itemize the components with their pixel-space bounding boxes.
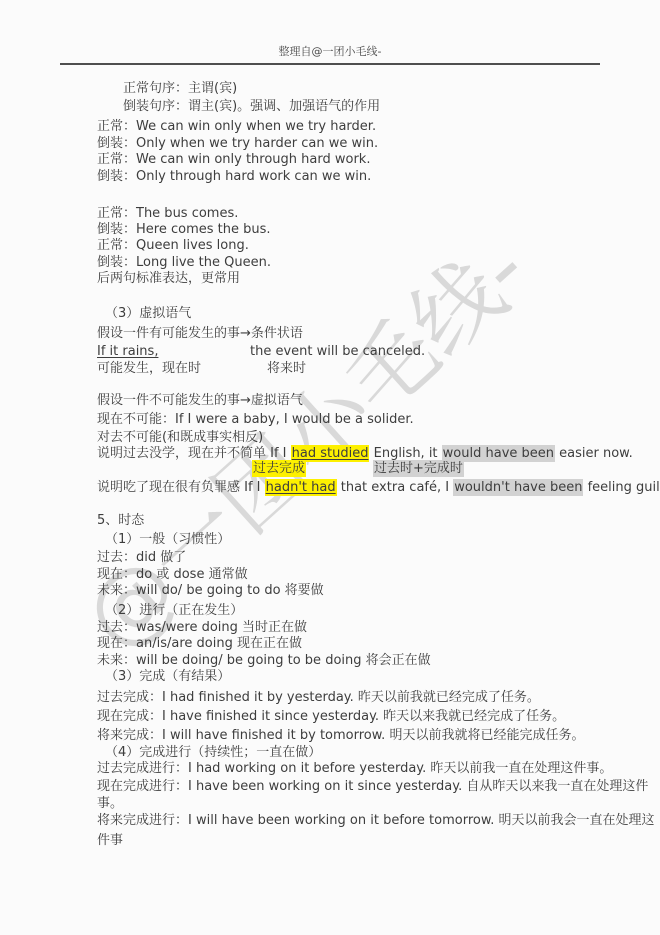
text-line: If it rains,	[97, 343, 158, 360]
text-line: 倒装：Here comes the bus.	[97, 221, 271, 238]
text-run: that extra café, I	[337, 480, 454, 495]
text-line: 将来时	[267, 360, 306, 377]
text-line: 正常：We can win only through hard work.	[97, 151, 370, 168]
text-line: 正常：Queen lives long.	[97, 237, 249, 254]
text-line: 未来：will be doing/ be going to be doing 将…	[97, 652, 431, 669]
text-run: 可能发生，现在时	[97, 361, 201, 376]
underline-run: If it rains,	[97, 344, 158, 359]
text-run: 未来：will do/ be going to do 将要做	[97, 583, 324, 598]
text-run: English, it	[369, 446, 441, 461]
text-run: 正常句序：主谓(宾)	[123, 81, 237, 96]
text-run: 说明过去没学，现在并不简单 If I	[97, 446, 291, 461]
text-line: 将来完成进行：I will have been working on it be…	[97, 812, 655, 829]
text-line: 5、时态	[97, 512, 144, 529]
text-run: （3）虚拟语气	[105, 306, 191, 321]
text-run: 现在：an/is/are doing 现在正在做	[97, 636, 302, 651]
text-line: 说明吃了现在很有负罪感 If I hadn't had that extra c…	[97, 479, 660, 496]
text-run: 后两句标准表达，更常用	[97, 271, 240, 286]
highlight-gray-run: wouldn't have been	[453, 479, 583, 496]
text-line: 现在不可能：If I were a baby, I would be a sol…	[97, 411, 414, 428]
text-line: 过去完成：I had finished it by yesterday. 昨天以…	[97, 689, 540, 706]
text-run: easier now.	[555, 446, 633, 461]
text-line: 未来：will do/ be going to do 将要做	[97, 582, 324, 599]
text-line: 现在：do 或 dose 通常做	[97, 566, 248, 583]
text-line: 过去完成	[252, 460, 306, 477]
text-line: 现在完成：I have finished it since yesterday.…	[97, 708, 565, 725]
text-line: （2）进行（正在发生）	[105, 602, 243, 619]
text-line: 过去：did 做了	[97, 549, 186, 566]
text-run: （1）一般（习惯性）	[105, 532, 230, 547]
text-run: 正常：Queen lives long.	[97, 238, 249, 253]
text-line: 假设一件有可能发生的事→条件状语	[97, 325, 303, 342]
text-run: 倒装句序：谓主(宾)。强调、加强语气的作用	[123, 99, 380, 114]
text-run: 将来时	[267, 361, 306, 376]
text-line: 倒装句序：谓主(宾)。强调、加强语气的作用	[123, 98, 380, 115]
text-run: （3）完成（有结果）	[105, 669, 230, 684]
text-run: the event will be canceled.	[250, 344, 425, 359]
text-line: 过去完成进行：I had working on it before yester…	[97, 760, 612, 777]
document-page: @一团小毛线- 整理自@一团小毛线- 正常句序：主谓(宾)倒装句序：谓主(宾)。…	[0, 0, 660, 935]
text-run: 5、时态	[97, 513, 144, 528]
text-line: 说明过去没学，现在并不简单 If I had studied English, …	[97, 445, 633, 462]
highlight-gray-run: 过去时+完成时	[373, 460, 464, 477]
text-run: 过去：did 做了	[97, 550, 186, 565]
text-line: 件事	[97, 832, 123, 849]
text-run: 过去：was/were doing 当时正在做	[97, 620, 307, 635]
text-run: 将来完成：I will have finished it by tomorrow…	[97, 728, 584, 743]
text-line: 倒装：Long live the Queen.	[97, 254, 271, 271]
text-run: 事。	[97, 796, 123, 811]
text-line: 正常句序：主谓(宾)	[123, 80, 237, 97]
text-line: 正常：We can win only when we try harder.	[97, 118, 376, 135]
text-line: 假设一件不可能发生的事→虚拟语气	[97, 392, 303, 409]
text-line: 现在：an/is/are doing 现在正在做	[97, 635, 302, 652]
text-line: 过去时+完成时	[373, 460, 464, 477]
text-run: 倒装：Only through hard work can we win.	[97, 169, 371, 184]
text-run: 未来：will be doing/ be going to be doing 将…	[97, 653, 431, 668]
text-run: 过去完成进行：I had working on it before yester…	[97, 761, 612, 776]
text-line: （4）完成进行（持续性；一直在做）	[105, 744, 321, 761]
text-run: 现在不可能：If I were a baby, I would be a sol…	[97, 412, 414, 427]
text-run: 将来完成进行：I will have been working on it be…	[97, 813, 655, 828]
text-run: 倒装：Here comes the bus.	[97, 222, 271, 237]
text-line: 将来完成：I will have finished it by tomorrow…	[97, 727, 584, 744]
text-run: 正常：We can win only when we try harder.	[97, 119, 376, 134]
text-line: 现在完成进行：I have been working on it since y…	[97, 778, 648, 795]
text-line: 事。	[97, 795, 123, 812]
text-run: 正常：The bus comes.	[97, 206, 238, 221]
highlight-yellow-run: 过去完成	[252, 460, 306, 477]
text-line: 倒装：Only through hard work can we win.	[97, 168, 371, 185]
text-run: （2）进行（正在发生）	[105, 603, 243, 618]
text-run: 对去不可能(和既成事实相反)	[97, 430, 263, 445]
highlight-yellow-run: hadn't had	[265, 479, 337, 496]
text-run: 假设一件不可能发生的事→虚拟语气	[97, 393, 303, 408]
text-run: 现在完成进行：I have been working on it since y…	[97, 779, 648, 794]
text-run: （4）完成进行（持续性；一直在做）	[105, 745, 321, 760]
text-line: the event will be canceled.	[250, 343, 425, 360]
text-run: 正常：We can win only through hard work.	[97, 152, 370, 167]
text-run: 件事	[97, 833, 123, 848]
text-run: 现在：do 或 dose 通常做	[97, 567, 248, 582]
text-line: （3）完成（有结果）	[105, 668, 230, 685]
text-run: 假设一件有可能发生的事→条件状语	[97, 326, 303, 341]
text-line: （3）虚拟语气	[105, 305, 191, 322]
text-run: 说明吃了现在很有负罪感 If I	[97, 480, 265, 495]
text-lines: 正常句序：主谓(宾)倒装句序：谓主(宾)。强调、加强语气的作用正常：We can…	[0, 0, 660, 935]
text-line: （1）一般（习惯性）	[105, 531, 230, 548]
text-run: 现在完成：I have finished it since yesterday.…	[97, 709, 565, 724]
text-run: 过去完成：I had finished it by yesterday. 昨天以…	[97, 690, 540, 705]
text-line: 对去不可能(和既成事实相反)	[97, 429, 263, 446]
text-line: 可能发生，现在时	[97, 360, 201, 377]
text-run: feeling guilty.	[583, 480, 660, 495]
text-line: 后两句标准表达，更常用	[97, 270, 240, 287]
text-run: 倒装：Long live the Queen.	[97, 255, 271, 270]
text-run: 倒装：Only when we try harder can we win.	[97, 136, 378, 151]
text-line: 过去：was/were doing 当时正在做	[97, 619, 307, 636]
text-line: 倒装：Only when we try harder can we win.	[97, 135, 378, 152]
text-line: 正常：The bus comes.	[97, 205, 238, 222]
